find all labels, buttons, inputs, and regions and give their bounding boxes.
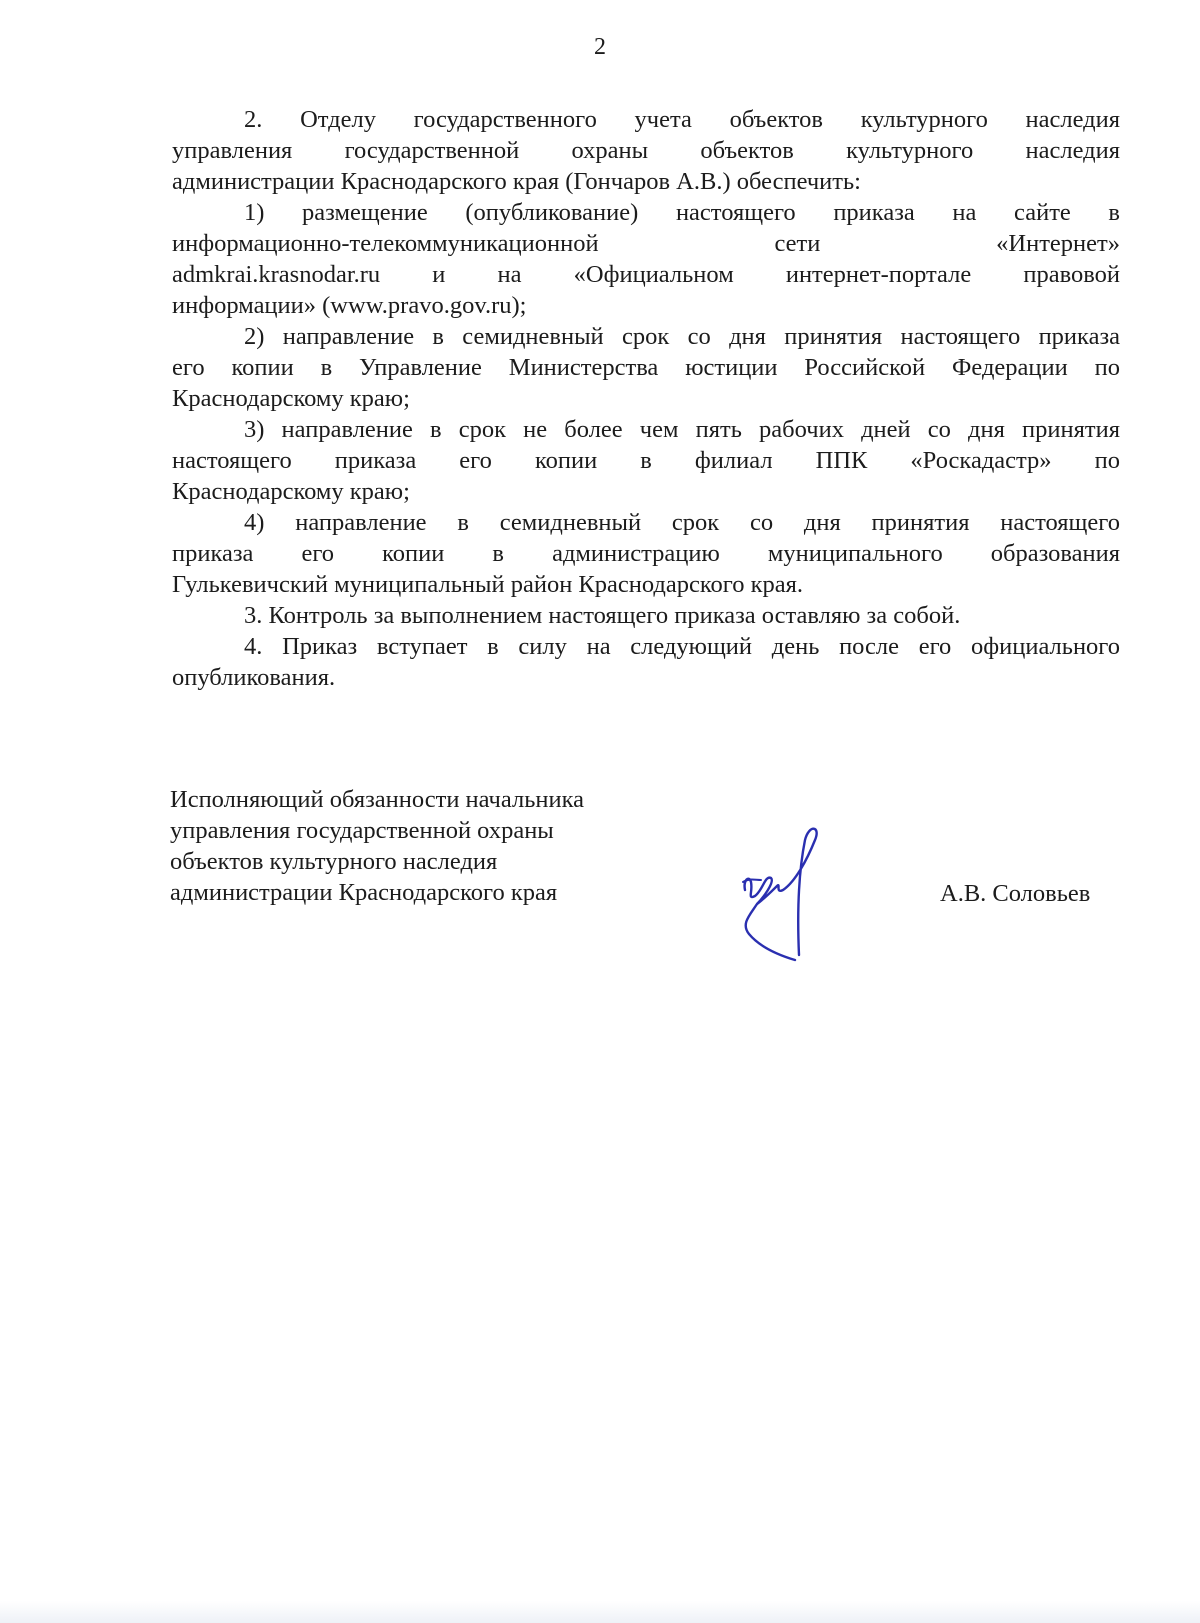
text-line: 1) размещение (опубликование) настоящего… — [172, 197, 1120, 228]
paragraph-3: 3. Контроль за выполнением настоящего пр… — [172, 600, 1120, 631]
text-line: 2) направление в семидневный срок со дня… — [172, 321, 1120, 352]
text-line: администрации Краснодарского края (Гонча… — [172, 166, 1120, 197]
page-number: 2 — [0, 34, 1200, 61]
text-line: Гулькевичский муниципальный район Красно… — [172, 569, 1120, 600]
text-line: управления государственной охраны объект… — [172, 135, 1120, 166]
text-line: информационно-телекоммуникационной сети … — [172, 228, 1120, 259]
position-line: управления государственной охраны — [170, 815, 584, 846]
scan-edge — [0, 1601, 1200, 1623]
handwritten-signature-icon — [735, 820, 855, 970]
document-body: 2. Отделу государственного учета объекто… — [172, 104, 1120, 693]
position-line: объектов культурного наследия — [170, 846, 584, 877]
text-line: Краснодарскому краю; — [172, 383, 1120, 414]
text-line: 4) направление в семидневный срок со дня… — [172, 507, 1120, 538]
paragraph-2-3: 3) направление в срок не более чем пять … — [172, 414, 1120, 507]
text-line: его копии в Управление Министерства юсти… — [172, 352, 1120, 383]
paragraph-2-1: 1) размещение (опубликование) настоящего… — [172, 197, 1120, 321]
paragraph-4: 4. Приказ вступает в силу на следующий д… — [172, 631, 1120, 693]
signatory-name: А.В. Соловьев — [940, 880, 1090, 908]
text-line: 3. Контроль за выполнением настоящего пр… — [172, 600, 1120, 631]
paragraph-2: 2. Отделу государственного учета объекто… — [172, 104, 1120, 197]
signatory-position: Исполняющий обязанности начальника управ… — [170, 784, 584, 908]
text-line: настоящего приказа его копии в филиал ПП… — [172, 445, 1120, 476]
text-line: приказа его копии в администрацию муници… — [172, 538, 1120, 569]
text-line: 4. Приказ вступает в силу на следующий д… — [172, 631, 1120, 662]
position-line: администрации Краснодарского края — [170, 877, 584, 908]
text-line: опубликования. — [172, 662, 1120, 693]
text-line: admkrai.krasnodar.ru и на «Официальном и… — [172, 259, 1120, 290]
paragraph-2-2: 2) направление в семидневный срок со дня… — [172, 321, 1120, 414]
text-line: информации» (www.pravo.gov.ru); — [172, 290, 1120, 321]
text-line: 2. Отделу государственного учета объекто… — [172, 104, 1120, 135]
paragraph-2-4: 4) направление в семидневный срок со дня… — [172, 507, 1120, 600]
text-line: Краснодарскому краю; — [172, 476, 1120, 507]
text-line: 3) направление в срок не более чем пять … — [172, 414, 1120, 445]
position-line: Исполняющий обязанности начальника — [170, 784, 584, 815]
